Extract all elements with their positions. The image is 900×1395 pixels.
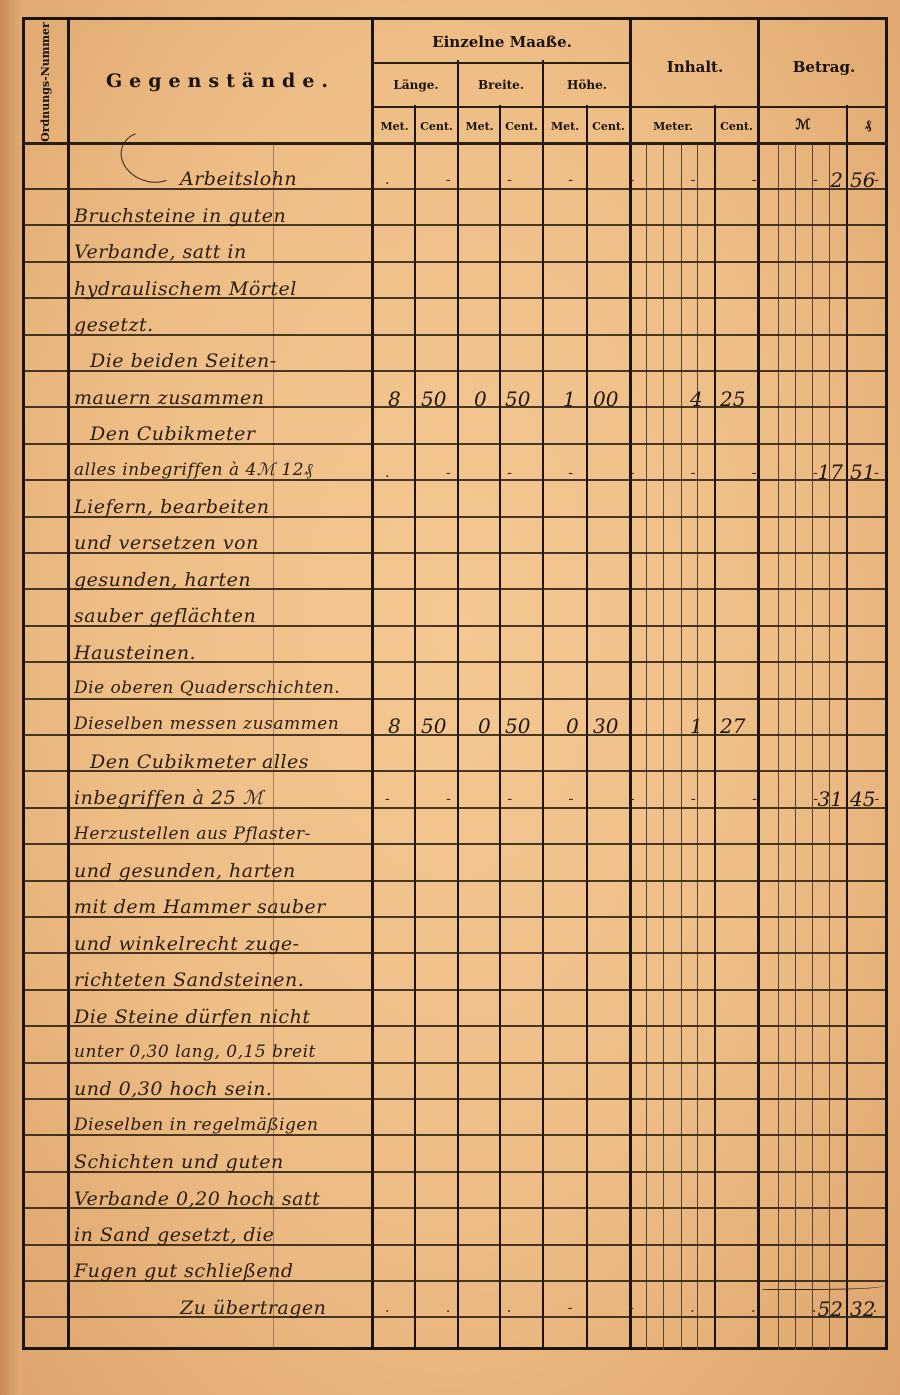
betrag-mark-value: 17 <box>805 460 843 484</box>
entry-text: mit dem Hammer sauber <box>74 896 326 918</box>
ruled-line <box>24 1062 886 1064</box>
entry-text: Verbande 0,20 hoch satt <box>74 1188 320 1210</box>
breite-cent-value: 50 <box>505 714 530 738</box>
breite-met-value: 0 <box>474 387 487 411</box>
guide-line <box>829 143 830 1350</box>
col-divider <box>757 17 760 1350</box>
entry-text: Fugen gut schließend <box>74 1260 294 1282</box>
header-laenge-met: Met. <box>374 120 415 133</box>
entry-text: Bruchsteine in guten <box>74 205 286 227</box>
entry-text: Verbande, satt in <box>74 241 247 263</box>
header-ordnungs-nummer: Ordnungs-Nummer <box>24 22 68 142</box>
entry-text-carry-over: Zu übertragen <box>180 1297 326 1319</box>
guide-line <box>681 143 682 1350</box>
ruled-line <box>24 698 886 700</box>
header-inhalt: Inhalt. <box>632 58 758 76</box>
subcol-divider <box>414 105 416 1350</box>
entry-text: Hausteinen. <box>74 642 196 664</box>
entry-text: Herzustellen aus Pflaster- <box>74 824 311 844</box>
guide-line <box>812 143 813 1350</box>
entry-text: Die oberen Quaderschichten. <box>74 678 340 698</box>
col-divider <box>67 17 70 1350</box>
hoehe-met-value: 1 <box>563 387 576 411</box>
guide-line <box>646 143 647 1350</box>
subcol-divider <box>499 105 501 1350</box>
guide-line <box>697 143 698 1350</box>
guide-line <box>778 143 779 1350</box>
header-laenge-cent: Cent. <box>416 120 457 133</box>
col-divider <box>371 17 374 1350</box>
laenge-met-value: 8 <box>388 387 401 411</box>
header-betrag-pf: ₰ <box>848 117 888 133</box>
header-betrag: Betrag. <box>760 58 888 76</box>
entry-text: und 0,30 hoch sein. <box>74 1078 272 1100</box>
hoehe-met-value: 0 <box>566 714 579 738</box>
guide-line <box>795 143 796 1350</box>
ruled-line <box>24 1316 886 1318</box>
entry-text: Den Cubikmeter <box>90 423 256 445</box>
entry-text: Dieselben messen zusammen <box>74 714 339 734</box>
col-divider <box>629 17 632 1350</box>
entry-text: Liefern, bearbeiten <box>74 496 270 518</box>
paper-edge <box>0 0 22 1395</box>
entry-text: und winkelrecht zuge- <box>74 933 300 955</box>
header-rule <box>372 62 631 64</box>
entry-text: und gesunden, harten <box>74 860 296 882</box>
entry-text: in Sand gesetzt, die <box>74 1224 274 1246</box>
header-hoehe: Höhe. <box>544 78 630 92</box>
entry-text: sauber geflächten <box>74 605 256 627</box>
header-hoehe-met: Met. <box>544 120 586 133</box>
entry-text: richteten Sandsteinen. <box>74 969 304 991</box>
entry-text: inbegriffen à 25 ℳ <box>74 787 264 809</box>
betrag-pf-value: 56 <box>850 168 875 192</box>
hoehe-cent-value: 30 <box>593 714 618 738</box>
entry-text: gesunden, harten <box>74 569 251 591</box>
laenge-cent-value: 50 <box>421 387 446 411</box>
entry-text: gesetzt. <box>74 314 154 336</box>
header-breite-cent: Cent. <box>501 120 542 133</box>
ruled-line <box>24 734 886 736</box>
entry-text: mauern zusammen <box>74 387 265 409</box>
header-rule <box>372 106 886 108</box>
betrag-mark-value: 2 <box>815 168 843 192</box>
total-mark-value: 52 <box>800 1297 843 1321</box>
header-inhalt-meter: Meter. <box>632 120 714 133</box>
betrag-pf-value: 45 <box>850 787 875 811</box>
entry-text: und versetzen von <box>74 532 259 554</box>
entry-text: Den Cubikmeter alles <box>90 751 309 773</box>
header-breite: Breite. <box>459 78 543 92</box>
entry-text: Dieselben in regelmäßigen <box>74 1115 318 1135</box>
betrag-pf-value: 51 <box>850 460 875 484</box>
header-einzelne-maasze: Einzelne Maaße. <box>374 33 630 51</box>
inhalt-cent-value: 25 <box>720 387 745 411</box>
entry-text: alles inbegriffen à 4ℳ 12₰ <box>74 460 313 480</box>
entry-text: Arbeitslohn <box>180 168 297 190</box>
hoehe-cent-value: 00 <box>593 387 618 411</box>
ruled-line <box>24 188 886 190</box>
header-hoehe-cent: Cent. <box>588 120 629 133</box>
col-divider <box>457 60 459 1350</box>
inhalt-meter-value: 4 <box>690 387 703 411</box>
header-inhalt-cent: Cent. <box>716 120 757 133</box>
subcol-divider <box>846 105 848 1350</box>
header-laenge: Länge. <box>374 78 458 92</box>
guide-line <box>663 143 664 1350</box>
breite-met-value: 0 <box>478 714 491 738</box>
entry-text: Die Steine dürfen nicht <box>74 1006 310 1028</box>
entry-text: Die beiden Seiten- <box>90 350 277 372</box>
laenge-cent-value: 50 <box>421 714 446 738</box>
header-breite-met: Met. <box>459 120 500 133</box>
inhalt-meter-value: 1 <box>690 714 703 738</box>
header-betrag-mark: ℳ <box>760 117 846 133</box>
inhalt-cent-value: 27 <box>720 714 745 738</box>
laenge-met-value: 8 <box>388 714 401 738</box>
col-divider <box>542 60 544 1350</box>
header-gegenstaende: Gegenstände. <box>70 70 371 92</box>
entry-text: hydraulischem Mörtel <box>74 278 297 300</box>
subcol-divider <box>586 105 588 1350</box>
breite-cent-value: 50 <box>505 387 530 411</box>
subcol-divider <box>714 105 716 1350</box>
entry-text: unter 0,30 lang, 0,15 breit <box>74 1042 316 1062</box>
entry-text: Schichten und guten <box>74 1151 284 1173</box>
total-pf-value: 32 <box>850 1297 875 1321</box>
betrag-mark-value: 31 <box>805 787 843 811</box>
